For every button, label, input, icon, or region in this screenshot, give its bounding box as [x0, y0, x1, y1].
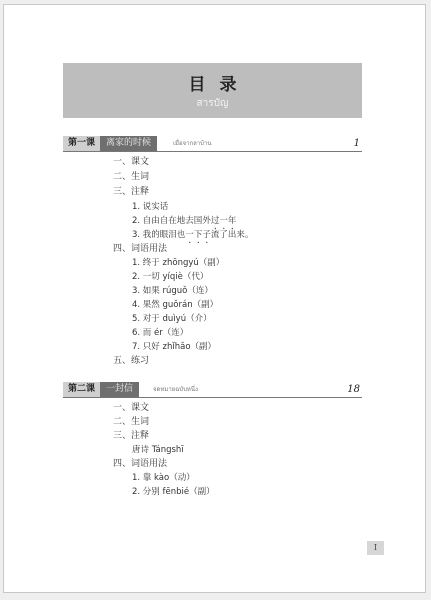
toc-item[interactable]: 一、课文: [113, 402, 149, 414]
toc-title-chinese: 目录: [63, 70, 362, 95]
chapter-2-thai-title: จดหมายฉบับหนึ่ง: [153, 383, 198, 397]
toc-item[interactable]: 6. 而 ér（连）: [132, 327, 188, 339]
toc-item[interactable]: 二、生词: [113, 416, 149, 428]
toc-item-text: 流了出来。: [211, 230, 254, 240]
toc-item[interactable]: 4. 果然 guǒrán（副）: [132, 299, 218, 311]
emphasis-text: 过一年: [211, 216, 237, 226]
chapter-2-title: 一封信: [100, 382, 139, 397]
emphasis-text: 一下子: [185, 230, 211, 240]
toc-item[interactable]: 2. 分别 fēnbié（副）: [132, 486, 215, 498]
chapter-2-number: 第二课: [63, 382, 100, 397]
toc-item[interactable]: 1. 说实话: [132, 201, 168, 213]
toc-item-text: 2. 自由自在地去国外: [132, 216, 211, 226]
toc-item[interactable]: 五、练习: [113, 355, 149, 367]
toc-item-text: 3. 我的眼泪也: [132, 230, 185, 240]
chapter-2-page: 18: [347, 382, 360, 397]
toc-item[interactable]: 1. 终于 zhōngyú（副）: [132, 257, 224, 269]
toc-item[interactable]: 7. 只好 zhǐhǎo（副）: [132, 341, 216, 353]
toc-item[interactable]: 二、生词: [113, 171, 149, 183]
toc-title-thai: สารบัญ: [63, 96, 362, 111]
toc-item[interactable]: 3. 如果 rúguǒ（连）: [132, 285, 213, 297]
toc-item[interactable]: 四、词语用法: [113, 458, 167, 470]
toc-item[interactable]: 三、注释: [113, 430, 149, 442]
toc-item[interactable]: 1. 靠 kào（动）: [132, 472, 195, 484]
toc-title-banner: 目录 สารบัญ: [63, 63, 362, 118]
chapter-1-number: 第一课: [63, 136, 100, 151]
chapter-1-header[interactable]: 第一课 离家的时候 เมื่อจากลาบ้าน 1: [63, 136, 362, 152]
toc-item[interactable]: 5. 对于 duìyú（介）: [132, 313, 212, 325]
toc-item[interactable]: 四、词语用法: [113, 243, 167, 255]
toc-item[interactable]: 唐诗 Tángshī: [132, 444, 184, 456]
chapter-2-header[interactable]: 第二课 一封信 จดหมายฉบับหนึ่ง 18: [63, 382, 362, 398]
toc-item[interactable]: 三、注释: [113, 186, 149, 198]
toc-item[interactable]: 一、课文: [113, 156, 149, 168]
chapter-1-thai-title: เมื่อจากลาบ้าน: [173, 137, 211, 151]
chapter-1-title: 离家的时候: [100, 136, 157, 151]
page-number: I: [367, 541, 384, 555]
toc-item[interactable]: 2. 一切 yíqiè（代）: [132, 271, 208, 283]
chapter-1-page: 1: [354, 136, 360, 151]
